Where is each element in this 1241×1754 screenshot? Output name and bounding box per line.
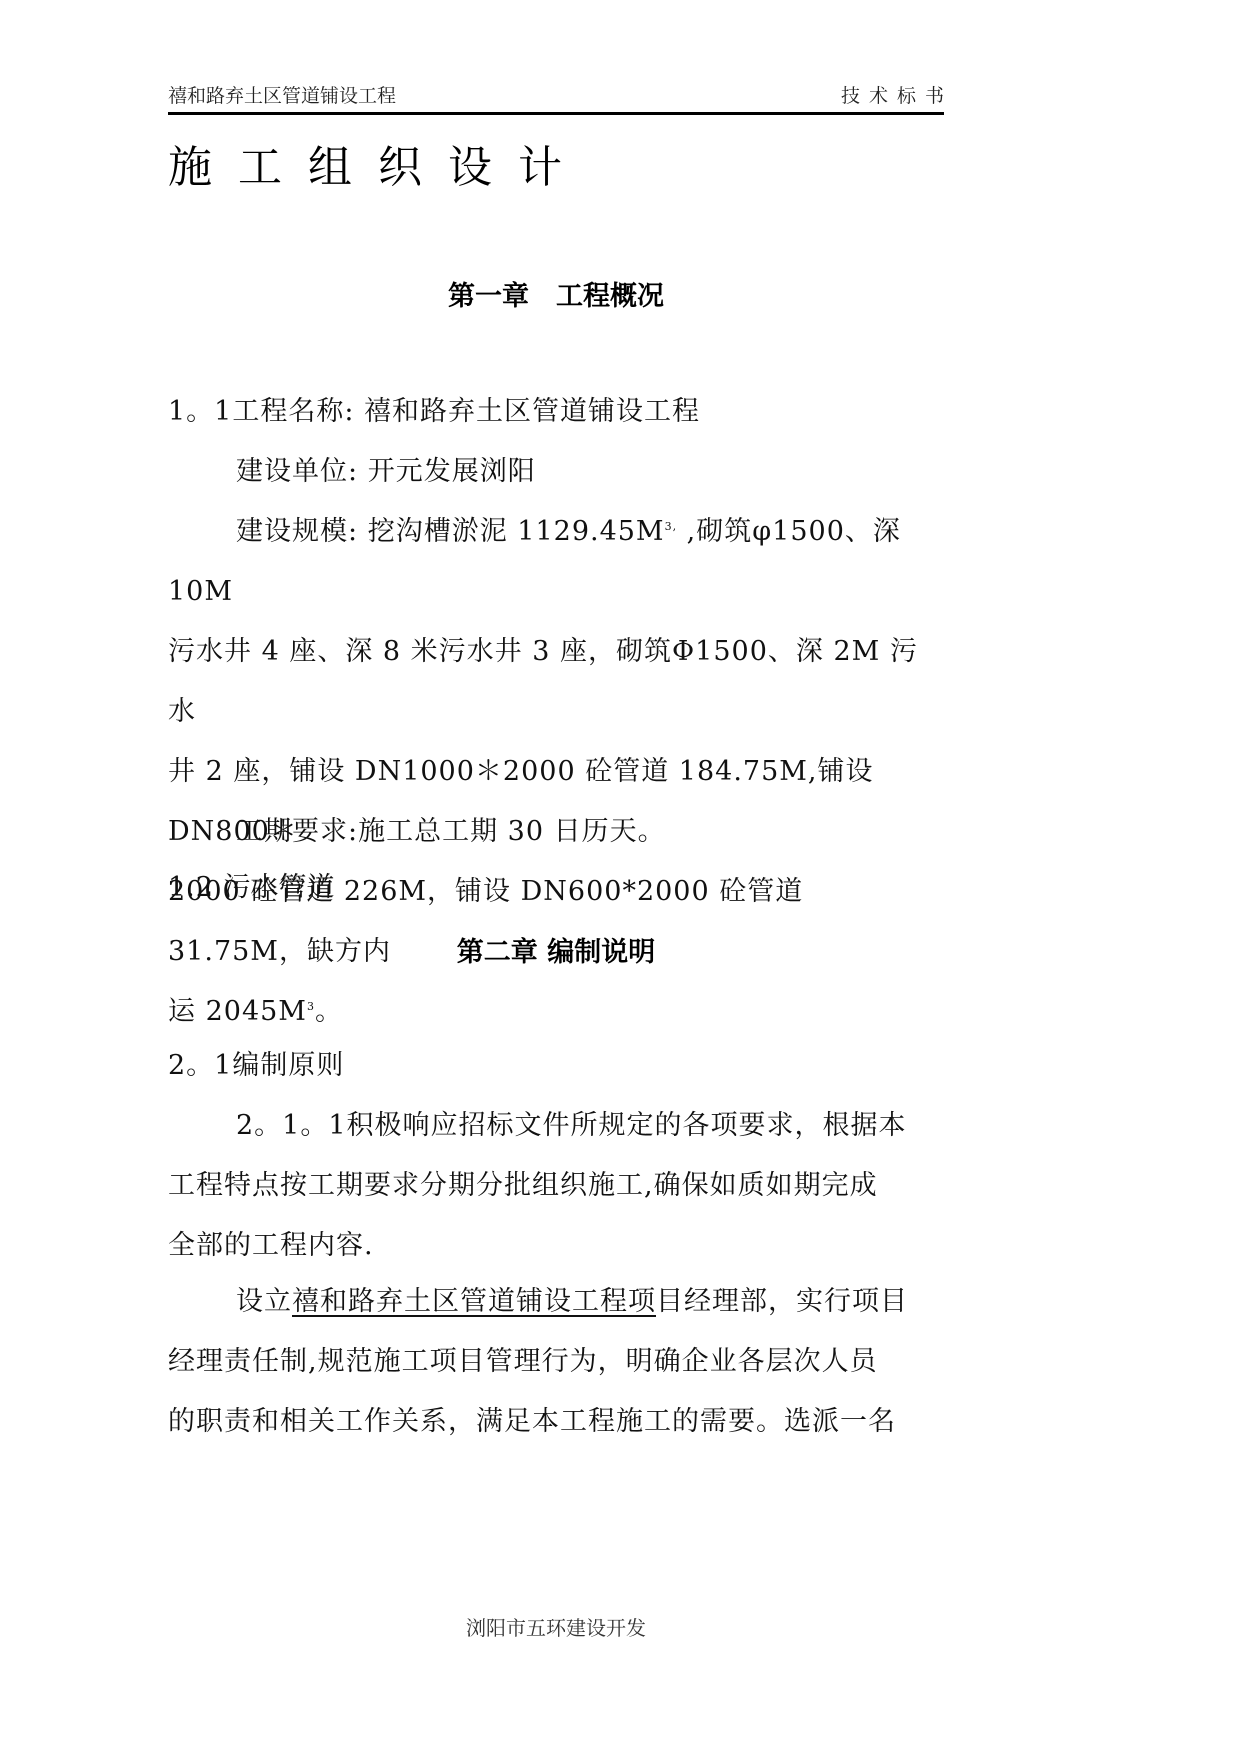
principle-line-2: 工程特点按工期要求分期分批组织施工,确保如质如期完成 — [168, 1156, 944, 1216]
document-title: 施工组织设计 — [168, 140, 588, 196]
scale-line-2: 污水井 4 座、深 8 米污水井 3 座，砌筑Φ1500、深 2M 污水 — [168, 622, 944, 742]
scale-line-5: 运 2045M3。 — [168, 982, 944, 1042]
dept-line-1: 设立禧和路弃土区管道铺设工程项目经理部，实行项目 — [168, 1272, 944, 1332]
section-2-1-1-paragraph: 2。1。1积极响应招标文件所规定的各项要求，根据本 工程特点按工期要求分期分批组… — [168, 1096, 944, 1276]
chapter-2-heading: 第二章 编制说明 — [168, 930, 944, 969]
principle-line-1: 2。1。1积极响应招标文件所规定的各项要求，根据本 — [168, 1096, 944, 1156]
dept-underlined-name: 禧和路弃土区管道铺设工程项 — [292, 1286, 656, 1317]
scale-text-5a: 运 2045M — [168, 996, 307, 1027]
header-project-name: 禧和路弃土区管道铺设工程 — [168, 81, 396, 108]
superscript-cubic: 3, — [665, 520, 678, 533]
scale-text-5b: 。 — [315, 996, 343, 1027]
schedule-line: 工期要求:施工总工期 30 日历天。 — [168, 802, 944, 862]
scale-label: 建设规模: — [236, 516, 358, 547]
principle-line-3: 全部的工程内容. — [168, 1216, 944, 1276]
owner-line: 建设单位: 开元发展浏阳 — [168, 442, 944, 502]
dept-prefix: 设立 — [236, 1286, 292, 1317]
header-doc-type: 技术标书 — [841, 81, 953, 108]
page-footer: 浏阳市五环建设开发 — [168, 1612, 944, 1641]
chapter-1-heading: 第一章 工程概况 — [168, 274, 944, 313]
section-1-2: 1.2 污水管道 — [168, 858, 944, 918]
section-1-1-project-name: 1。1工程名称: 禧和路弃土区管道铺设工程 — [168, 382, 944, 442]
dept-suffix: 目经理部，实行项目 — [656, 1286, 908, 1317]
project-name-label: 1。1工程名称: — [168, 396, 354, 427]
section-2-1: 2。1编制原则 — [168, 1036, 944, 1096]
dept-line-3: 的职责和相关工作关系，满足本工程施工的需要。选派一名 — [168, 1392, 944, 1452]
superscript-cubic: 3 — [307, 1000, 315, 1013]
owner-value: 开元发展浏阳 — [368, 456, 536, 487]
owner-label: 建设单位: — [236, 456, 358, 487]
scale-line-1: 建设规模: 挖沟槽淤泥 1129.45M3, ,砌筑φ1500、深 10M — [168, 502, 944, 622]
page-header: 禧和路弃土区管道铺设工程 技术标书 — [168, 82, 944, 115]
project-department-paragraph: 设立禧和路弃土区管道铺设工程项目经理部，实行项目 经理责任制,规范施工项目管理行… — [168, 1272, 944, 1452]
dept-line-2: 经理责任制,规范施工项目管理行为，明确企业各层次人员 — [168, 1332, 944, 1392]
project-name-value: 禧和路弃土区管道铺设工程 — [364, 396, 700, 427]
scale-text-1a: 挖沟槽淤泥 1129.45M — [368, 516, 665, 547]
